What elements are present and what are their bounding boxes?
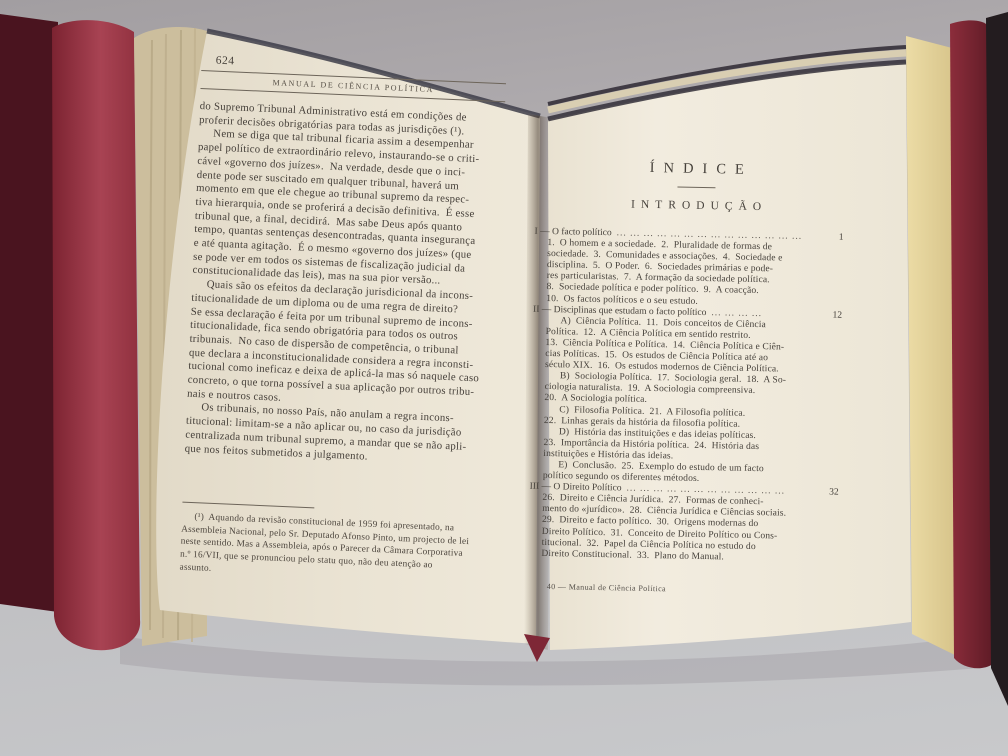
- left-body: do Supremo Tribunal Administrativo está …: [184, 100, 504, 469]
- left-page-content: 624 MANUAL DE CIÊNCIA POLÍTICA do Suprem…: [179, 54, 506, 587]
- footnote-lines: (¹) Aquando da revisão constitucional de…: [179, 511, 486, 587]
- index-title-rule: [677, 186, 715, 188]
- book-photo: 624 MANUAL DE CIÊNCIA POLÍTICA do Suprem…: [0, 0, 1008, 756]
- toc-page-number: 32: [829, 488, 839, 499]
- footnote-rule: [182, 502, 314, 509]
- right-page-content: ÍNDICE INTRODUÇÃO I — O facto político..…: [541, 158, 845, 596]
- footnote: (¹) Aquando da revisão constitucional de…: [179, 502, 487, 587]
- introduction-title: INTRODUÇÃO: [548, 197, 844, 215]
- left-cover: [52, 20, 140, 650]
- back-cover-strip: [0, 14, 58, 612]
- right-cover: [950, 20, 993, 668]
- endpaper: [906, 36, 957, 656]
- toc-page-number: 1: [839, 233, 844, 244]
- toc: I — O facto político... ... ... ... ... …: [541, 227, 843, 565]
- toc-page-number: 12: [832, 310, 842, 321]
- toc-entry-title: I — O facto político: [534, 227, 611, 240]
